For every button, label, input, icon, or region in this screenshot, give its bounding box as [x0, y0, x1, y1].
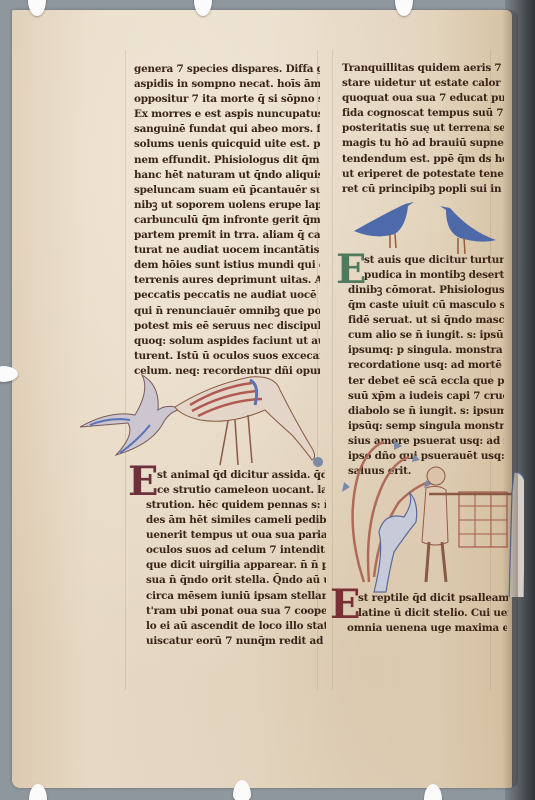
left-column-bottom-text-a: st animal q̄d dicitur assida. q̄d gre ce…	[157, 468, 325, 498]
manuscript-page: genera 7 species dispares. Diffa genus e…	[12, 10, 512, 788]
ostrich-and-bird-illustration	[80, 365, 330, 470]
left-column-bottom-text-b: strution. hēc quidem pennas s: n̄ uolat.…	[146, 498, 326, 649]
red-initial-e: E	[128, 462, 159, 502]
right-column-bottom-text-b: omnia uenena uge maxima est. Cetā uero	[347, 621, 507, 636]
red-initial-e-bottom: E	[330, 585, 361, 625]
right-column-middle-text-a: st auis que dicitur turtur que auis pudi…	[364, 253, 504, 283]
left-column-top-text: genera 7 species dispares. Diffa genus e…	[134, 62, 320, 379]
right-column-top-text: Tranquillitas quidem aeris 7 temporis ho…	[342, 61, 504, 197]
right-column-bottom-text-a: st reptile q̄d dicit psalleamandra gr la…	[358, 591, 508, 621]
two-turtledoves-illustration	[350, 196, 500, 256]
salamander-tree-and-men-illustration	[334, 432, 524, 597]
